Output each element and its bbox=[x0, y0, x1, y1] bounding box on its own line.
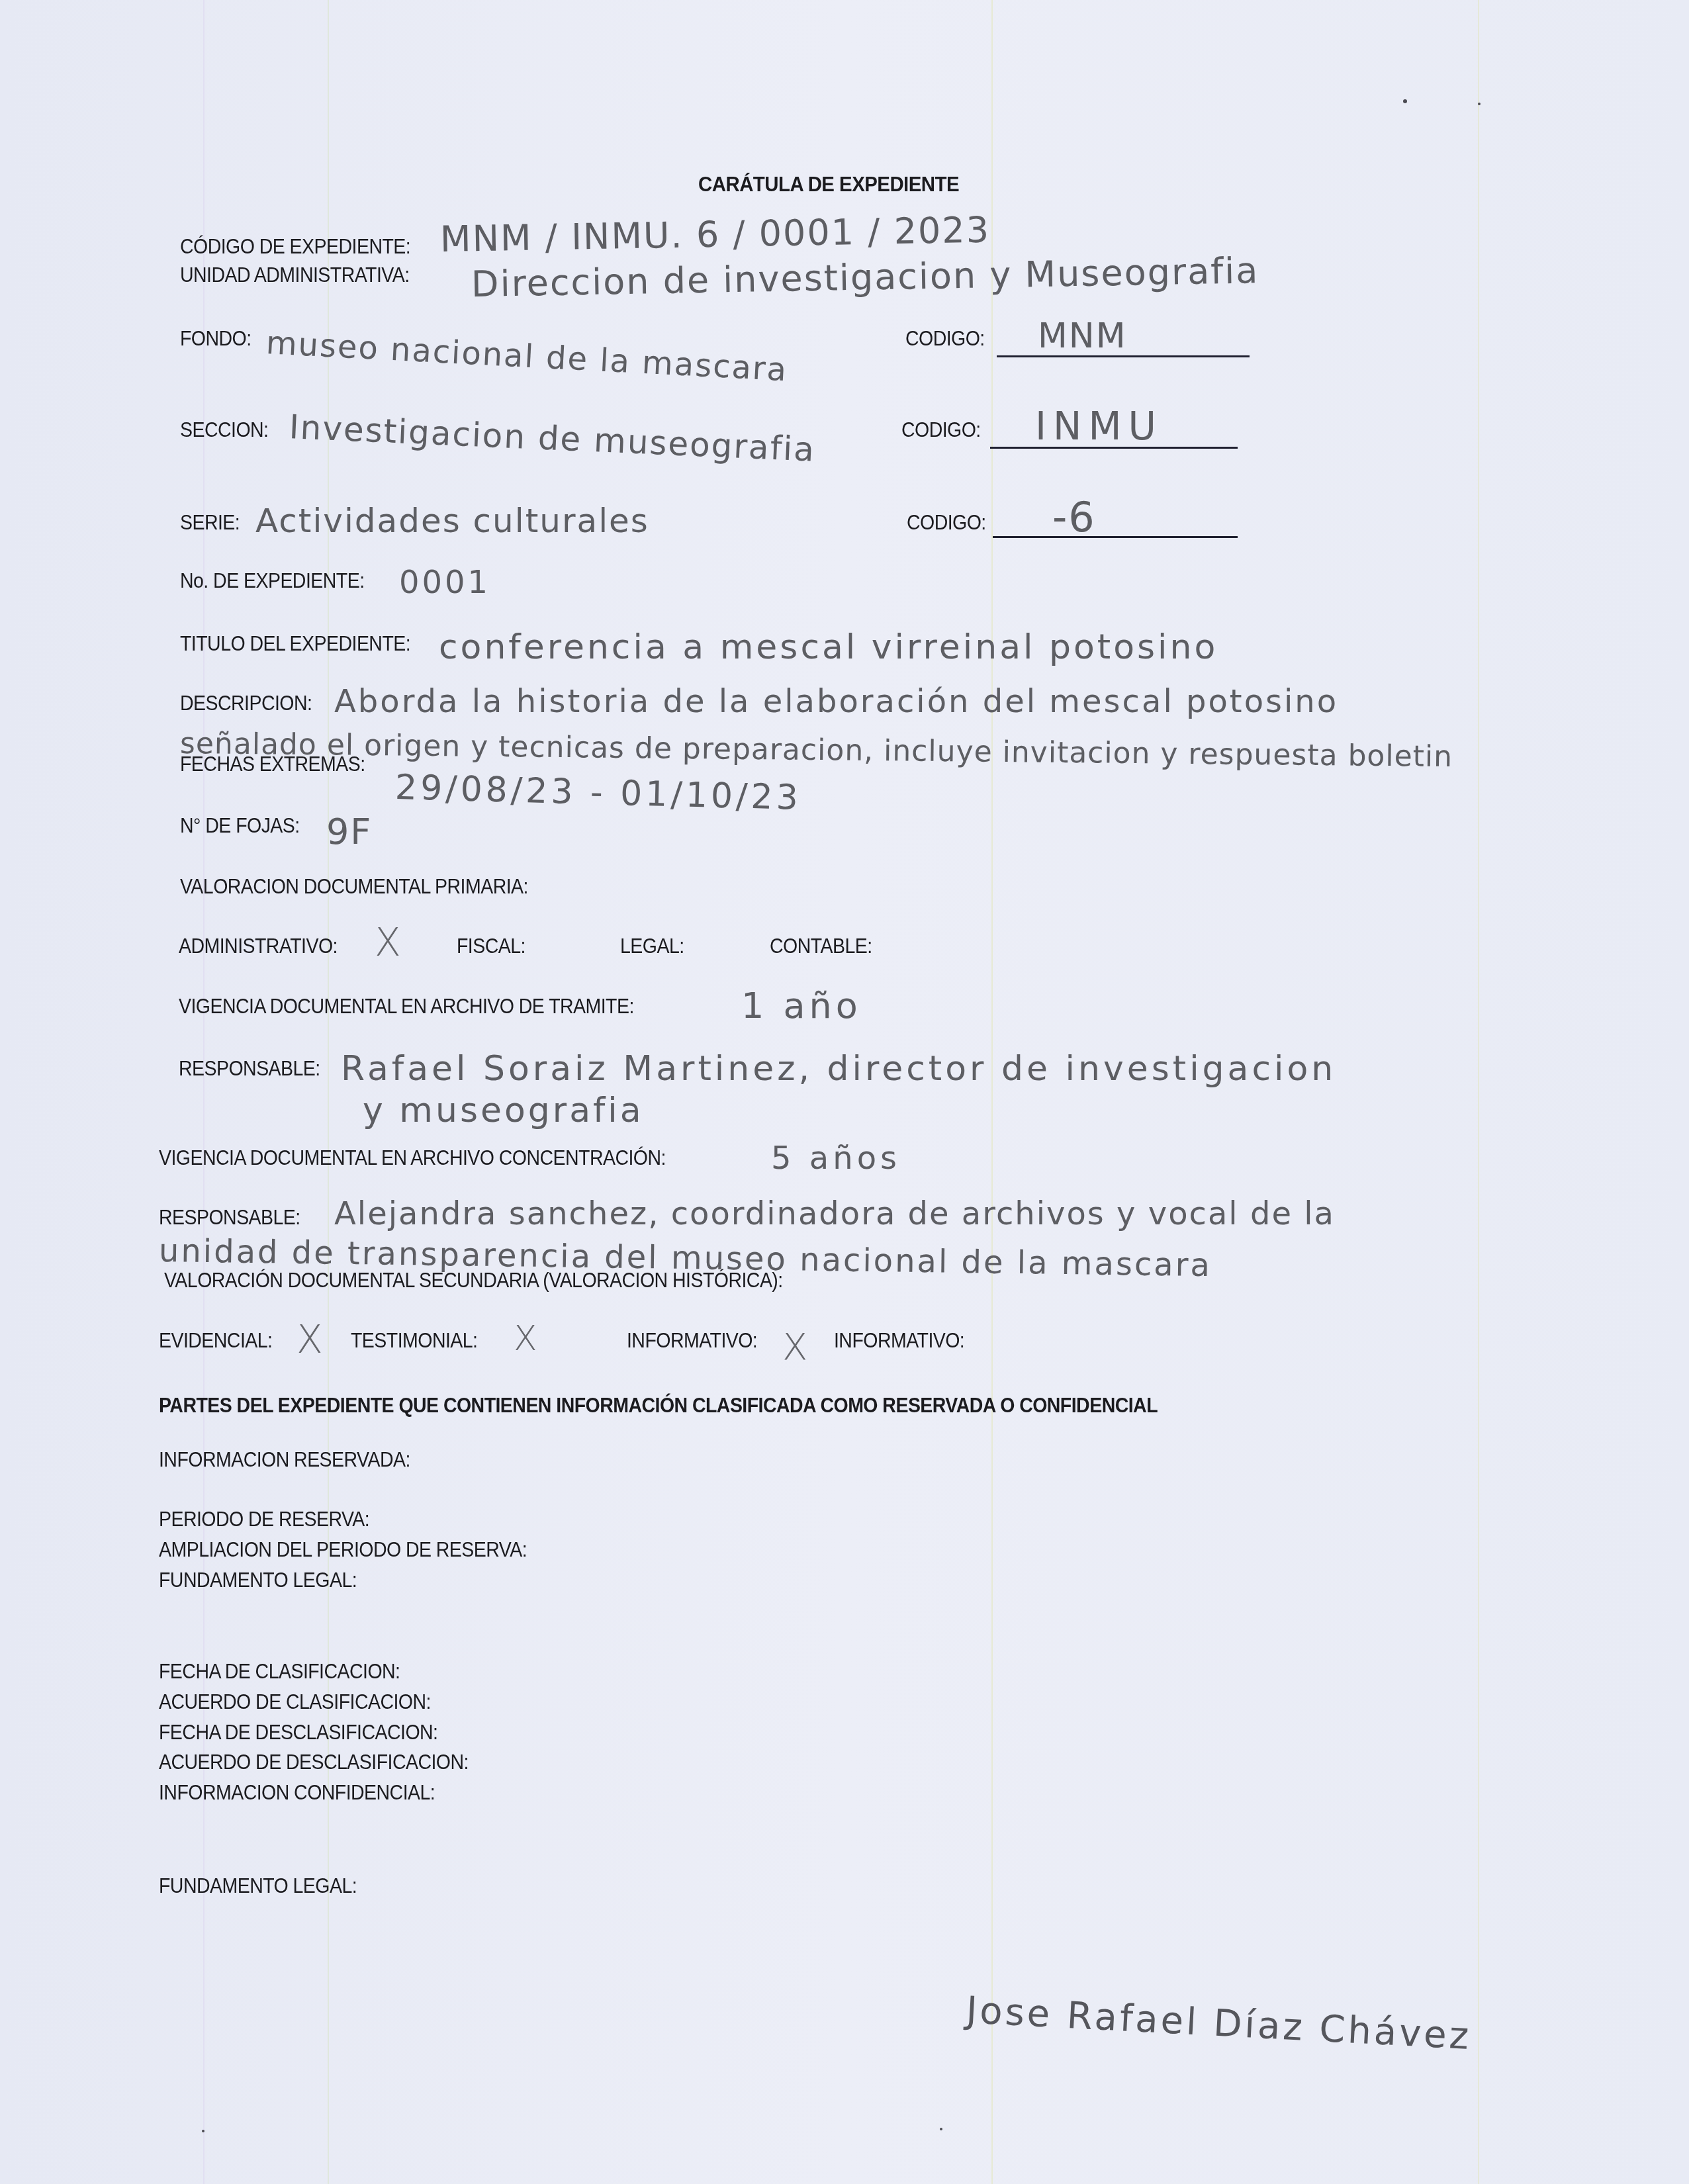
fojas-value[interactable]: 9F bbox=[326, 811, 372, 852]
fojas-label: N° DE FOJAS: bbox=[180, 814, 300, 838]
check-informativo-2-label: INFORMATIVO: bbox=[834, 1329, 964, 1353]
vigencia-concentracion-value[interactable]: 5 años bbox=[771, 1140, 901, 1177]
seccion-label: SECCION: bbox=[180, 418, 268, 442]
clasificada-heading: PARTES DEL EXPEDIENTE QUE CONTIENEN INFO… bbox=[159, 1394, 1158, 1418]
responsable-concentracion-line-1[interactable]: Alejandra sanchez, coordinadora de archi… bbox=[334, 1195, 1335, 1232]
fechas-extremas-value[interactable]: 29/08/23 - 01/10/23 bbox=[394, 768, 801, 818]
acuerdo-desclasificacion-label: ACUERDO DE DESCLASIFICACION: bbox=[159, 1751, 469, 1774]
form-title: CARÁTULA DE EXPEDIENTE bbox=[698, 172, 959, 197]
no-expediente-label: No. DE EXPEDIENTE: bbox=[180, 569, 365, 593]
descripcion-line-1[interactable]: Aborda la historia de la elaboración del… bbox=[334, 683, 1338, 720]
scan-speck bbox=[1403, 99, 1407, 103]
check-evidencial-mark[interactable]: X bbox=[297, 1317, 323, 1362]
responsable-tramite-line-1[interactable]: Rafael Soraiz Martinez, director de inve… bbox=[341, 1049, 1336, 1089]
ampliacion-periodo-label: AMPLIACION DEL PERIODO DE RESERVA: bbox=[159, 1538, 527, 1562]
serie-codigo-value[interactable]: -6 bbox=[1052, 493, 1096, 541]
seccion-codigo-value[interactable]: INMU bbox=[1035, 404, 1163, 449]
serie-codigo-label: CODIGO: bbox=[907, 511, 986, 535]
acuerdo-clasificacion-label: ACUERDO DE CLASIFICACION: bbox=[159, 1690, 431, 1714]
codigo-expediente-value[interactable]: MNM / INMU. 6 / 0001 / 2023 bbox=[439, 208, 990, 259]
fundamento-legal-2-label: FUNDAMENTO LEGAL: bbox=[159, 1874, 357, 1898]
check-informativo-mark[interactable]: X bbox=[782, 1326, 807, 1369]
vigencia-tramite-value[interactable]: 1 año bbox=[741, 985, 862, 1026]
responsable-tramite-line-2[interactable]: y museografia bbox=[363, 1091, 644, 1130]
valoracion-secundaria-label: VALORACIÓN DOCUMENTAL SECUNDARIA (VALORA… bbox=[164, 1269, 783, 1293]
check-informativo-label: INFORMATIVO: bbox=[627, 1329, 757, 1353]
fecha-desclasificacion-label: FECHA DE DESCLASIFICACION: bbox=[159, 1721, 437, 1745]
valoracion-primaria-label: VALORACION DOCUMENTAL PRIMARIA: bbox=[180, 875, 528, 899]
check-contable-label: CONTABLE: bbox=[770, 934, 872, 958]
vigencia-tramite-label: VIGENCIA DOCUMENTAL EN ARCHIVO DE TRAMIT… bbox=[179, 995, 634, 1019]
titulo-value[interactable]: conferencia a mescal virreinal potosino bbox=[439, 627, 1218, 667]
check-administrativo-label: ADMINISTRATIVO: bbox=[179, 934, 338, 958]
scan-speck bbox=[940, 2128, 942, 2130]
fundamento-legal-1-label: FUNDAMENTO LEGAL: bbox=[159, 1569, 357, 1592]
check-testimonial-label: TESTIMONIAL: bbox=[351, 1329, 477, 1353]
informacion-confidencial-label: INFORMACION CONFIDENCIAL: bbox=[159, 1781, 435, 1805]
descripcion-line-2[interactable]: señalado el origen y tecnicas de prepara… bbox=[180, 727, 1453, 774]
responsable-tramite-label: RESPONSABLE: bbox=[179, 1057, 320, 1081]
codigo-expediente-label: CÓDIGO DE EXPEDIENTE: bbox=[180, 235, 410, 259]
scan-artifact-line bbox=[1478, 0, 1479, 2184]
periodo-reserva-label: PERIODO DE RESERVA: bbox=[159, 1508, 369, 1531]
signature: Jose Rafael Díaz Chávez bbox=[965, 1989, 1472, 2058]
seccion-codigo-label: CODIGO: bbox=[901, 418, 981, 442]
fecha-clasificacion-label: FECHA DE CLASIFICACION: bbox=[159, 1660, 400, 1684]
vigencia-concentracion-label: VIGENCIA DOCUMENTAL EN ARCHIVO CONCENTRA… bbox=[159, 1146, 666, 1170]
scan-speck bbox=[202, 2130, 205, 2132]
unidad-administrativa-value[interactable]: Direccion de investigacion y Museografia bbox=[471, 250, 1259, 305]
serie-value[interactable]: Actividades culturales bbox=[255, 502, 649, 540]
fondo-codigo-underline bbox=[997, 355, 1250, 357]
serie-codigo-underline bbox=[993, 536, 1238, 538]
check-legal-label: LEGAL: bbox=[620, 934, 684, 958]
scan-speck bbox=[1478, 103, 1481, 105]
scanned-page: CARÁTULA DE EXPEDIENTE CÓDIGO DE EXPEDIE… bbox=[0, 0, 1689, 2184]
serie-label: SERIE: bbox=[180, 511, 240, 535]
no-expediente-value[interactable]: 0001 bbox=[399, 564, 490, 601]
fechas-extremas-label: FECHAS EXTREMAS: bbox=[180, 752, 365, 776]
titulo-label: TITULO DEL EXPEDIENTE: bbox=[180, 632, 410, 656]
check-administrativo-mark[interactable]: X bbox=[375, 920, 401, 965]
check-testimonial-mark[interactable]: X bbox=[514, 1319, 537, 1359]
check-fiscal-label: FISCAL: bbox=[457, 934, 525, 958]
fondo-codigo-label: CODIGO: bbox=[905, 327, 985, 351]
fondo-label: FONDO: bbox=[180, 327, 251, 351]
responsable-concentracion-label: RESPONSABLE: bbox=[159, 1206, 300, 1230]
seccion-codigo-underline bbox=[990, 447, 1238, 449]
seccion-value[interactable]: Investigacion de museografia bbox=[289, 408, 816, 469]
scan-artifact-line bbox=[991, 0, 993, 2184]
descripcion-label: DESCRIPCION: bbox=[180, 692, 312, 715]
fondo-codigo-value[interactable]: MNM bbox=[1038, 316, 1127, 356]
unidad-administrativa-label: UNIDAD ADMINISTRATIVA: bbox=[180, 263, 410, 287]
fondo-value[interactable]: museo nacional de la mascara bbox=[265, 324, 789, 388]
check-evidencial-label: EVIDENCIAL: bbox=[159, 1329, 272, 1353]
informacion-reservada-label: INFORMACION RESERVADA: bbox=[159, 1448, 410, 1472]
